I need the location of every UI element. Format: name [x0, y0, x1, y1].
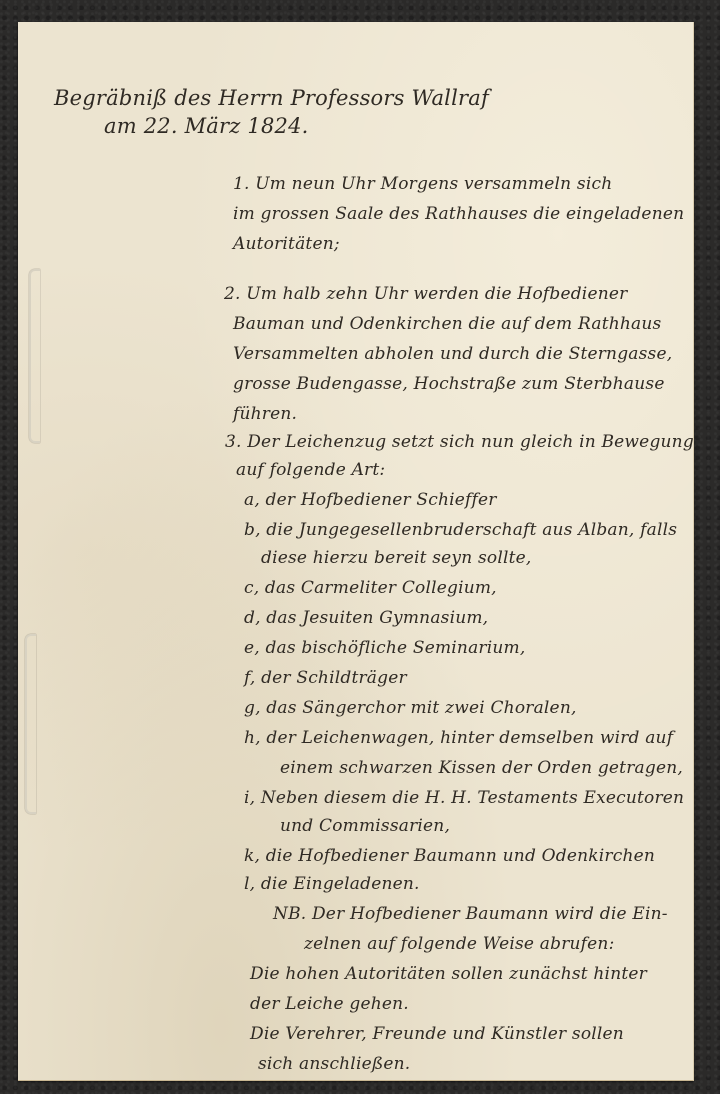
list-item: l, die Eingeladenen.: [244, 874, 420, 894]
list-item: e, das bischöfliche Seminarium,: [244, 638, 525, 658]
text-line: Autoritäten;: [233, 234, 340, 254]
document-title: Begräbniß des Herrn Professors Wallraf: [54, 86, 489, 110]
list-item: b, die Jungegesellenbruderschaft aus Alb…: [244, 520, 677, 540]
list-item: h, der Leichenwagen, hinter demselben wi…: [244, 728, 673, 748]
text-line: 1. Um neun Uhr Morgens versammeln sich: [233, 174, 612, 194]
text-line: Die hohen Autoritäten sollen zunächst hi…: [250, 964, 647, 984]
list-item: d, das Jesuiten Gymnasium,: [244, 608, 488, 628]
text-line: Bauman und Odenkirchen die auf dem Rathh…: [233, 314, 661, 334]
text-line: der Leiche gehen.: [250, 994, 409, 1014]
text-line: 3. Der Leichenzug setzt sich nun gleich …: [225, 432, 694, 452]
text-line: Versammelten abholen und durch die Stern…: [233, 344, 672, 364]
text-line: auf folgende Art:: [236, 460, 385, 480]
binding-thread-bottom: [25, 634, 36, 814]
text-line: diese hierzu bereit seyn sollte,: [261, 548, 532, 568]
document-date: am 22. März 1824.: [104, 114, 309, 138]
nota-bene-line: NB. Der Hofbediener Baumann wird die Ein…: [273, 904, 668, 924]
list-item: a, der Hofbediener Schieffer: [244, 490, 497, 510]
list-item: i, Neben diesem die H. H. Testaments Exe…: [244, 788, 684, 808]
list-item: f, der Schildträger: [244, 668, 407, 688]
text-line: zelnen auf folgende Weise abrufen:: [304, 934, 615, 954]
text-line: sich anschließen.: [258, 1054, 410, 1074]
text-line: im grossen Saale des Rathhauses die eing…: [233, 204, 684, 224]
manuscript-page: Begräbniß des Herrn Professors Wallraf a…: [18, 22, 694, 1081]
list-item: g, das Sängerchor mit zwei Choralen,: [244, 698, 577, 718]
text-line: führen.: [233, 404, 297, 424]
text-line: einem schwarzen Kissen der Orden getrage…: [280, 758, 683, 778]
list-item: k, die Hofbediener Baumann und Odenkirch…: [244, 846, 655, 866]
list-item: c, das Carmeliter Collegium,: [244, 578, 497, 598]
text-line: grosse Budengasse, Hochstraße zum Sterbh…: [233, 374, 665, 394]
text-line: Die Verehrer, Freunde und Künstler solle…: [250, 1024, 624, 1044]
binding-thread-top: [29, 269, 40, 443]
text-line: 2. Um halb zehn Uhr werden die Hofbedien…: [224, 284, 627, 304]
text-line: und Commissarien,: [280, 816, 450, 836]
